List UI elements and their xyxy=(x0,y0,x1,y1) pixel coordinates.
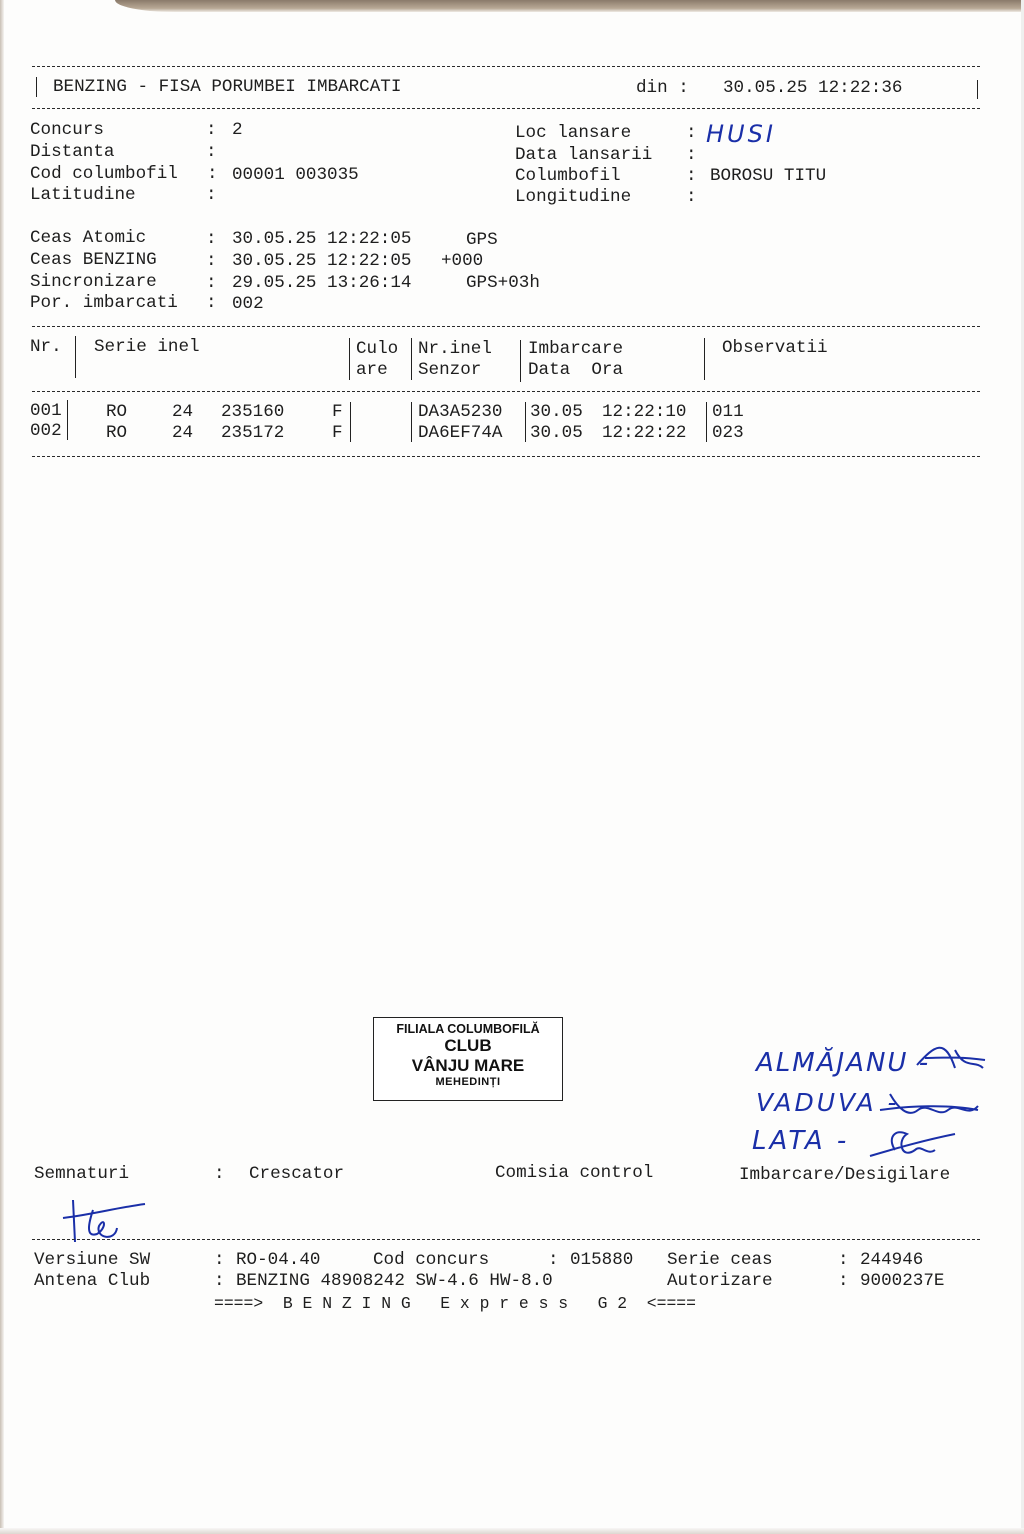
row-time: 12:22:22 xyxy=(602,423,686,445)
versiune-colon: : xyxy=(214,1250,225,1272)
row-divider xyxy=(350,422,351,442)
row-divider xyxy=(411,402,412,422)
col-divider xyxy=(520,340,521,382)
longitudine-colon: : xyxy=(686,187,697,209)
signatures-label: Semnaturi xyxy=(34,1164,129,1186)
document-title: BENZING - FISA PORUMBEI IMBARCATI xyxy=(53,77,401,99)
ceas-benzing-extra: +000 xyxy=(441,251,483,273)
print-datetime: 30.05.25 12:22:36 xyxy=(723,78,903,100)
row-observatii: 011 xyxy=(712,402,744,424)
cod-concurs-value: 015880 xyxy=(570,1250,633,1272)
row-sensor: DA6EF74A xyxy=(418,423,502,445)
cod-concurs-label: Cod concurs xyxy=(373,1250,489,1272)
stamp-line-2: CLUB xyxy=(374,1036,562,1056)
row-time: 12:22:10 xyxy=(602,402,686,424)
table-bottom-rule xyxy=(32,456,980,457)
col-header-observatii: Observatii xyxy=(722,338,828,360)
row-divider xyxy=(350,402,351,422)
header-bottom-rule xyxy=(32,108,980,109)
col-divider xyxy=(704,338,705,380)
columbofil-value: BOROSU TITU xyxy=(710,166,826,188)
autorizare-colon: : xyxy=(838,1271,849,1293)
row-nr: 001 xyxy=(30,401,62,423)
sincronizare-label: Sincronizare xyxy=(30,272,157,294)
versiune-value: RO-04.40 xyxy=(236,1250,320,1272)
row-date: 30.05 xyxy=(530,423,583,445)
cod-columbofil-label: Cod columbofil xyxy=(30,164,178,186)
col-header-serie: Serie inel xyxy=(94,337,200,359)
sincronizare-colon: : xyxy=(206,273,217,295)
row-sex: F xyxy=(332,402,343,424)
concurs-colon: : xyxy=(206,120,217,142)
ceas-atomic-colon: : xyxy=(206,229,217,251)
row-date: 30.05 xyxy=(530,402,583,424)
header-right-bar xyxy=(977,80,978,99)
cod-columbofil-colon: : xyxy=(207,164,218,186)
loc-lansare-label: Loc lansare xyxy=(515,123,631,145)
por-imbarcati-label: Por. imbarcati xyxy=(30,293,178,315)
din-label: din : xyxy=(636,78,689,100)
col-divider xyxy=(411,338,412,380)
ceas-atomic-extra: GPS xyxy=(466,230,498,252)
stamp-line-3: VÂNJU MARE xyxy=(374,1056,562,1076)
latitudine-colon: : xyxy=(206,185,217,207)
ceas-benzing-value: 30.05.25 12:22:05 xyxy=(232,251,412,273)
paper-edge-left xyxy=(0,0,4,1534)
versiune-label: Versiune SW xyxy=(34,1250,150,1272)
row-divider xyxy=(67,400,68,420)
longitudine-label: Longitudine xyxy=(515,187,631,209)
row-ring: 235160 xyxy=(221,402,284,424)
concurs-value: 2 xyxy=(232,120,243,142)
header-left-bar xyxy=(36,77,37,97)
row-divider xyxy=(525,422,526,442)
row-country: RO xyxy=(106,423,127,445)
stamp-line-1: FILIALA COLUMBOFILĂ xyxy=(374,1022,562,1036)
comisia-control-label: Comisia control xyxy=(495,1163,653,1185)
stamp-line-4: MEHEDINȚI xyxy=(374,1076,562,1088)
data-lansarii-label: Data lansarii xyxy=(515,145,652,167)
row-divider xyxy=(706,402,707,422)
col-header-culoare-1: Culo xyxy=(356,339,398,361)
distanta-label: Distanta xyxy=(30,142,114,164)
columbofil-colon: : xyxy=(686,166,697,188)
columbofil-label: Columbofil xyxy=(515,166,621,188)
autorizare-value: 9000237E xyxy=(860,1271,944,1293)
ceas-benzing-label: Ceas BENZING xyxy=(30,250,157,272)
por-imbarcati-value: 002 xyxy=(232,294,264,316)
row-country: RO xyxy=(106,402,127,424)
antena-label: Antena Club xyxy=(34,1271,150,1293)
concurs-label: Concurs xyxy=(30,120,104,142)
col-header-imbarcare-2: Data Ora xyxy=(528,360,623,382)
row-divider xyxy=(525,402,526,422)
sincronizare-value: 29.05.25 13:26:14 xyxy=(232,273,412,295)
ceas-atomic-label: Ceas Atomic xyxy=(30,228,146,250)
col-header-senzor-1: Nr.inel xyxy=(418,339,492,361)
antena-value: BENZING 48908242 SW-4.6 HW-8.0 xyxy=(236,1271,553,1293)
antena-colon: : xyxy=(214,1271,225,1293)
sincronizare-extra: GPS+03h xyxy=(466,273,540,295)
table-top-rule xyxy=(32,326,980,327)
signatures-colon: : xyxy=(214,1164,225,1186)
row-nr: 002 xyxy=(30,421,62,443)
signature-scribble-3-icon xyxy=(835,1120,965,1170)
ceas-atomic-value: 30.05.25 12:22:05 xyxy=(232,229,412,251)
autorizare-label: Autorizare xyxy=(667,1271,773,1293)
paper-edge-top xyxy=(115,0,1024,12)
col-header-nr: Nr. xyxy=(30,337,62,359)
signature-scribble-1-icon xyxy=(915,1040,995,1080)
commission-name-1: ALMĂJANU - xyxy=(756,1048,930,1078)
serie-ceas-colon: : xyxy=(838,1250,849,1272)
latitudine-label: Latitudine xyxy=(30,185,136,207)
club-stamp: FILIALA COLUMBOFILĂ CLUB VÂNJU MARE MEHE… xyxy=(373,1017,563,1101)
benzing-banner: ====> B E N Z I N G E x p r e s s G 2 <=… xyxy=(214,1293,696,1315)
distanta-colon: : xyxy=(206,142,217,164)
row-sex: F xyxy=(332,423,343,445)
crescator-label: Crescator xyxy=(249,1164,344,1186)
row-divider xyxy=(411,422,412,442)
col-divider xyxy=(75,336,76,378)
row-divider xyxy=(706,422,707,442)
cod-columbofil-value: 00001 003035 xyxy=(232,165,359,187)
row-sensor: DA3A5230 xyxy=(418,402,502,424)
ceas-benzing-colon: : xyxy=(206,251,217,273)
col-header-imbarcare-1: Imbarcare xyxy=(528,339,623,361)
row-year: 24 xyxy=(172,402,193,424)
row-divider xyxy=(67,420,68,440)
loc-lansare-colon: : xyxy=(686,123,697,145)
data-lansarii-colon: : xyxy=(686,145,697,167)
col-header-culoare-2: are xyxy=(356,360,388,382)
header-top-rule xyxy=(32,66,980,67)
serie-ceas-label: Serie ceas xyxy=(667,1250,773,1272)
col-divider xyxy=(349,338,350,380)
paper-edge-bottom xyxy=(0,1528,1024,1534)
row-observatii: 023 xyxy=(712,423,744,445)
row-ring: 235172 xyxy=(221,423,284,445)
imbarcare-desigilare-label: Imbarcare/Desigilare xyxy=(739,1165,950,1187)
row-year: 24 xyxy=(172,423,193,445)
por-imbarcati-colon: : xyxy=(206,293,217,315)
cod-concurs-colon: : xyxy=(548,1250,559,1272)
loc-lansare-value: HUSI xyxy=(706,120,776,148)
footer-top-rule xyxy=(32,1239,980,1240)
table-header-rule xyxy=(32,391,980,392)
serie-ceas-value: 244946 xyxy=(860,1250,923,1272)
col-header-senzor-2: Senzor xyxy=(418,360,481,382)
